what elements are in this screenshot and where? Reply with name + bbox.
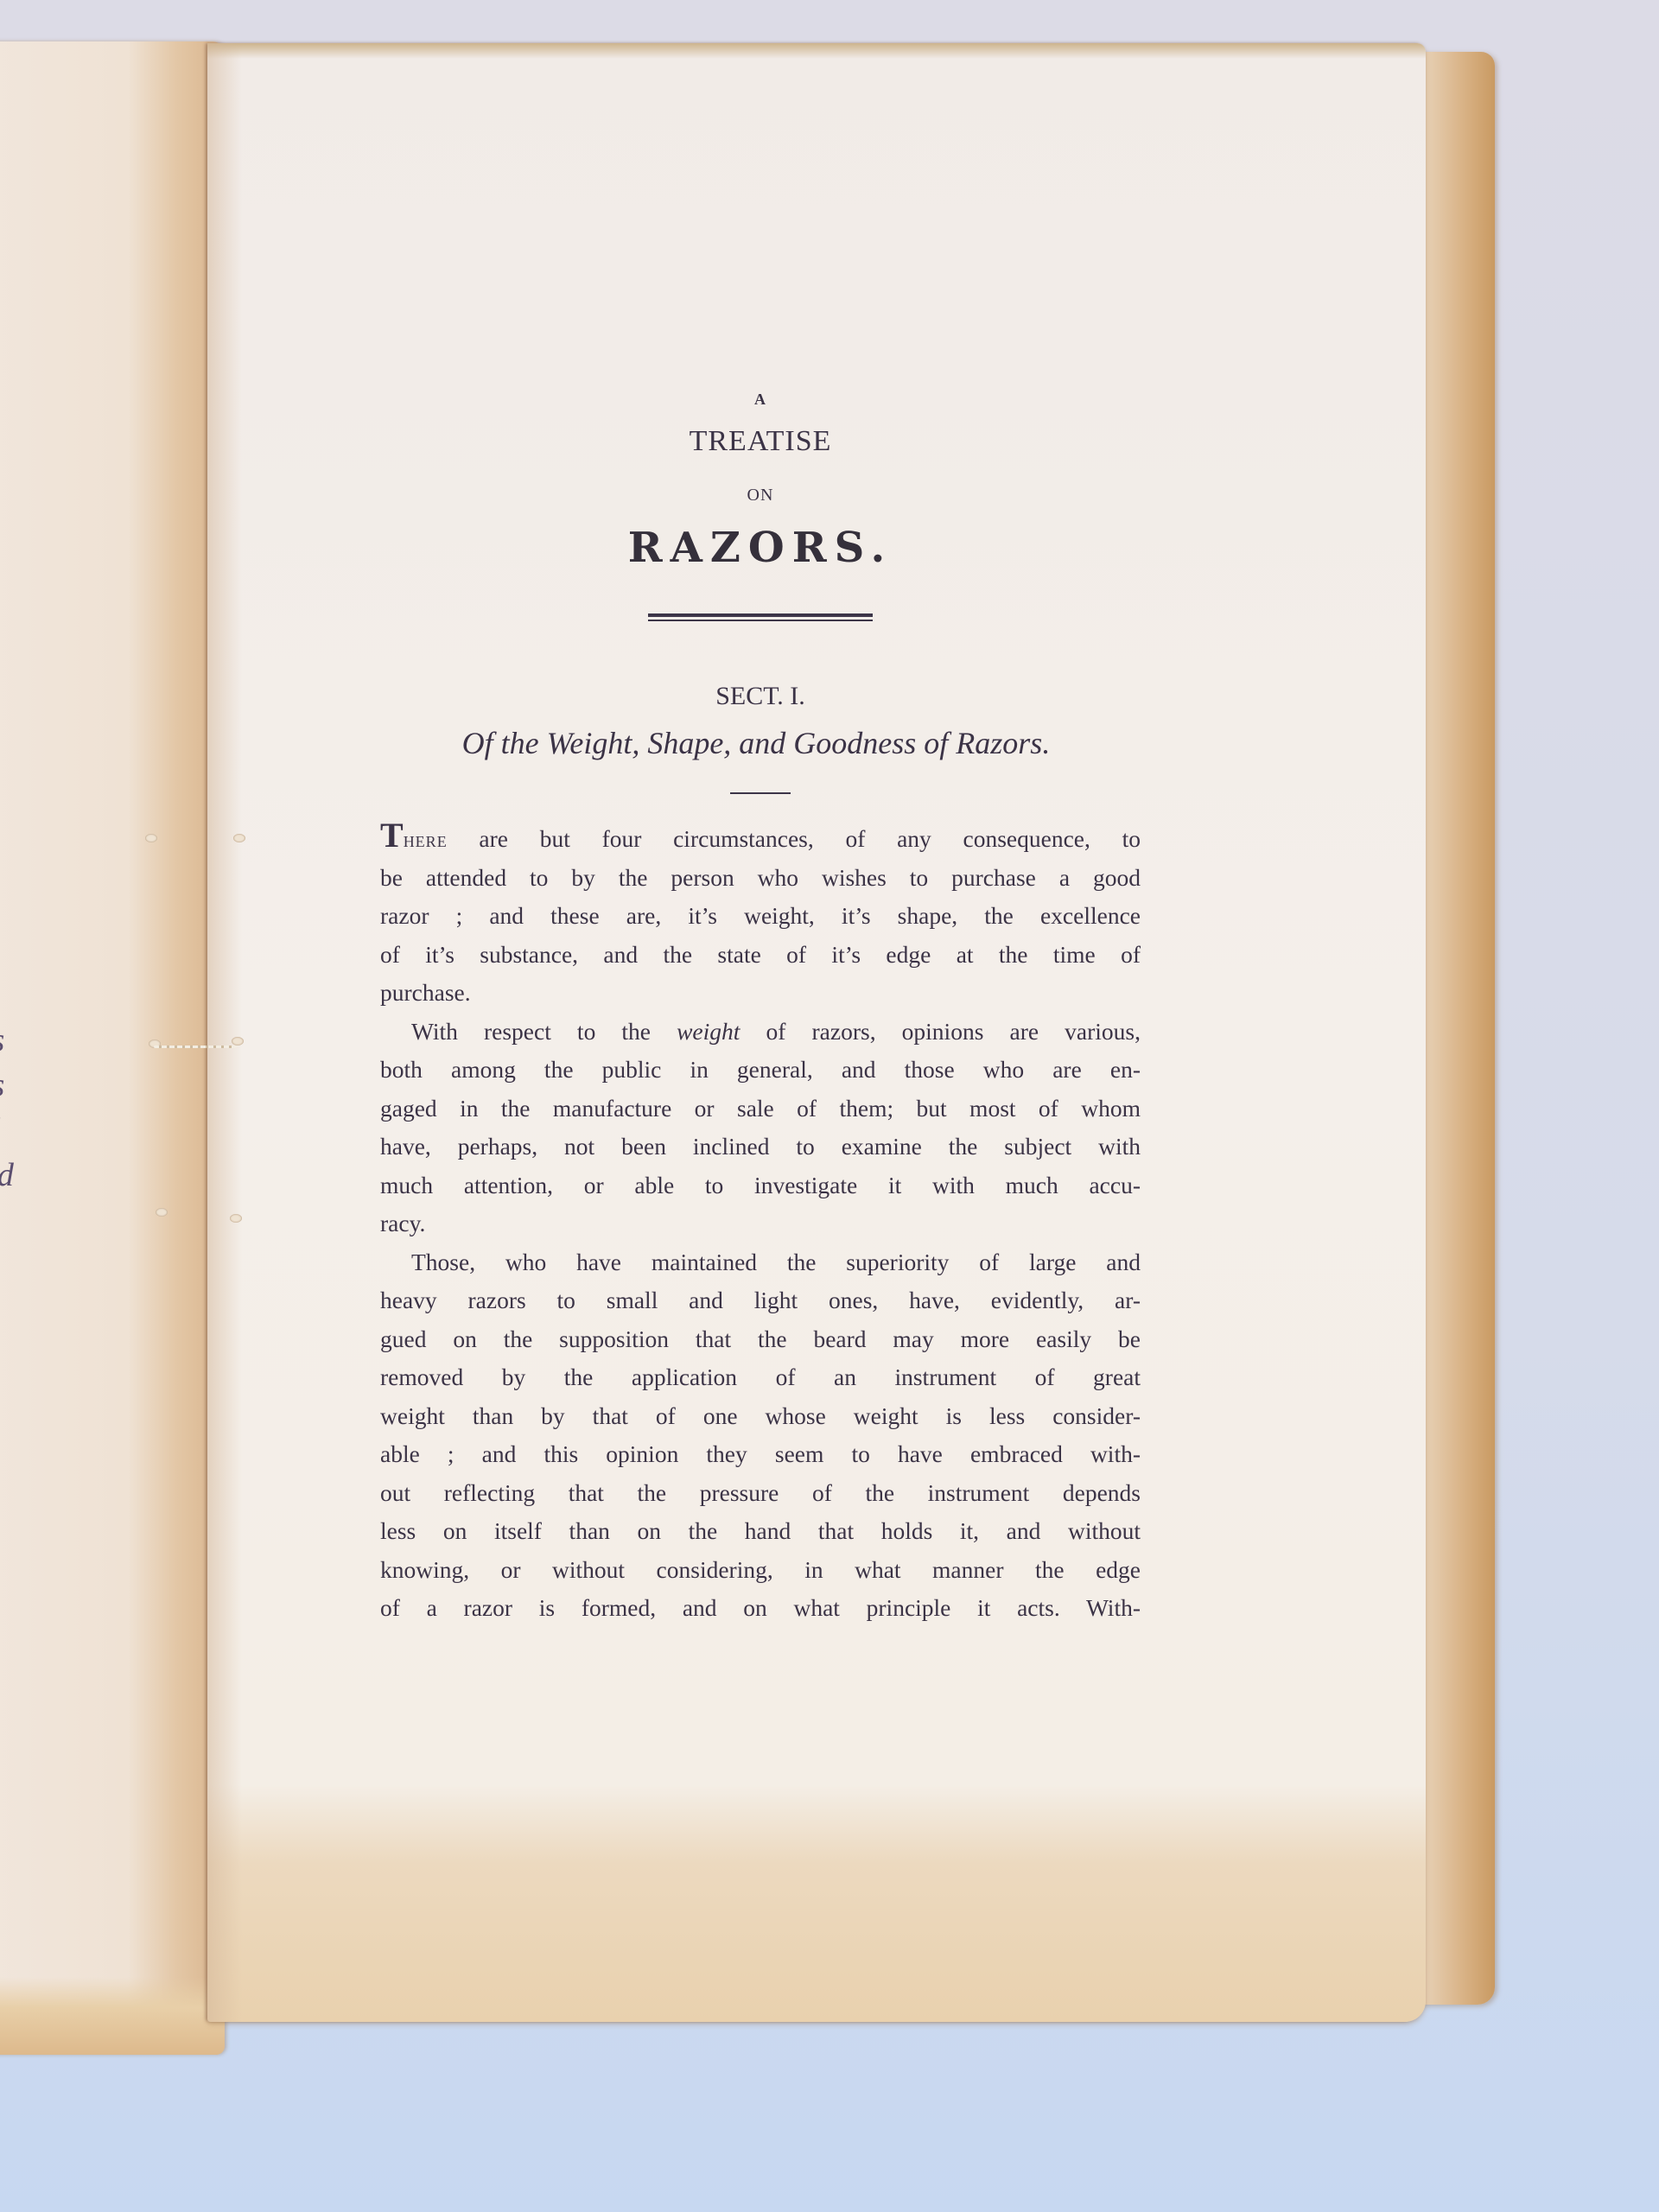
stitch-hole-icon [145, 834, 157, 842]
text-line: heavy razors to small and light ones, ha… [380, 1281, 1141, 1320]
left-fragment: ed [0, 1153, 14, 1198]
text-line: razor ; and these are, it’s weight, it’s… [380, 897, 1141, 936]
text-line: knowing, or without considering, in what… [380, 1551, 1141, 1590]
body-text: There are but four circumstances, of any… [380, 820, 1141, 1628]
text-line: There are but four circumstances, of any… [380, 820, 1141, 859]
stitch-hole-icon [230, 1214, 242, 1223]
left-page-verso: is is ll ed [0, 41, 225, 2055]
text-line: purchase. [380, 974, 1141, 1013]
title-line-a: A [380, 391, 1141, 420]
text-line: much attention, or able to investigate i… [380, 1166, 1141, 1205]
text-line: less on itself than on the hand that hol… [380, 1512, 1141, 1551]
text-line: gued on the supposition that the beard m… [380, 1320, 1141, 1359]
left-fragment: ll [0, 1108, 14, 1153]
text-line: With respect to the weight of razors, op… [380, 1013, 1141, 1052]
text-line: racy. [380, 1205, 1141, 1243]
text-span: of razors, opinions are various, [740, 1018, 1141, 1045]
left-page-text-fragments: is is ll ed [0, 1018, 14, 1198]
drop-cap: T [380, 816, 404, 855]
text-line: weight than by that of one whose weight … [380, 1397, 1141, 1436]
gutter-shadow [207, 43, 242, 2022]
stitch-hole-icon [156, 1208, 168, 1217]
text-line: be attended to by the person who wishes … [380, 859, 1141, 898]
printed-text-block: A TREATISE ON RAZORS. SECT. I. Of the We… [380, 380, 1141, 1628]
text-line: have, perhaps, not been inclined to exam… [380, 1128, 1141, 1166]
text-line: of it’s substance, and the state of it’s… [380, 936, 1141, 975]
italic-word: weight [677, 1018, 740, 1045]
section-heading: SECT. I. [380, 682, 1141, 720]
text-line: Those, who have maintained the superiori… [380, 1243, 1141, 1282]
small-caps-word: here [404, 827, 448, 852]
text-line: removed by the application of an instrum… [380, 1358, 1141, 1397]
binding-thread-icon [154, 1046, 237, 1048]
title-line-on: ON [380, 486, 1141, 520]
short-rule-divider [730, 792, 791, 794]
text-span: are but four circumstances, of any conse… [448, 825, 1141, 852]
title-line-treatise: TREATISE [380, 425, 1141, 479]
text-line: out reflecting that the pressure of the … [380, 1474, 1141, 1513]
title-line-razors: RAZORS. [380, 524, 1141, 584]
text-line: both among the public in general, and th… [380, 1051, 1141, 1090]
text-line: gaged in the manufacture or sale of them… [380, 1090, 1141, 1128]
text-span: With respect to the [411, 1018, 677, 1045]
stitch-hole-icon [233, 834, 245, 842]
double-rule-divider [648, 613, 873, 621]
left-fragment: is [0, 1018, 14, 1063]
text-line: of a razor is formed, and on what princi… [380, 1589, 1141, 1628]
left-fragment: is [0, 1063, 14, 1108]
stitch-hole-icon [232, 1037, 244, 1046]
text-line: able ; and this opinion they seem to hav… [380, 1435, 1141, 1474]
section-subtitle: Of the Weight, Shape, and Goodness of Ra… [372, 725, 1141, 773]
